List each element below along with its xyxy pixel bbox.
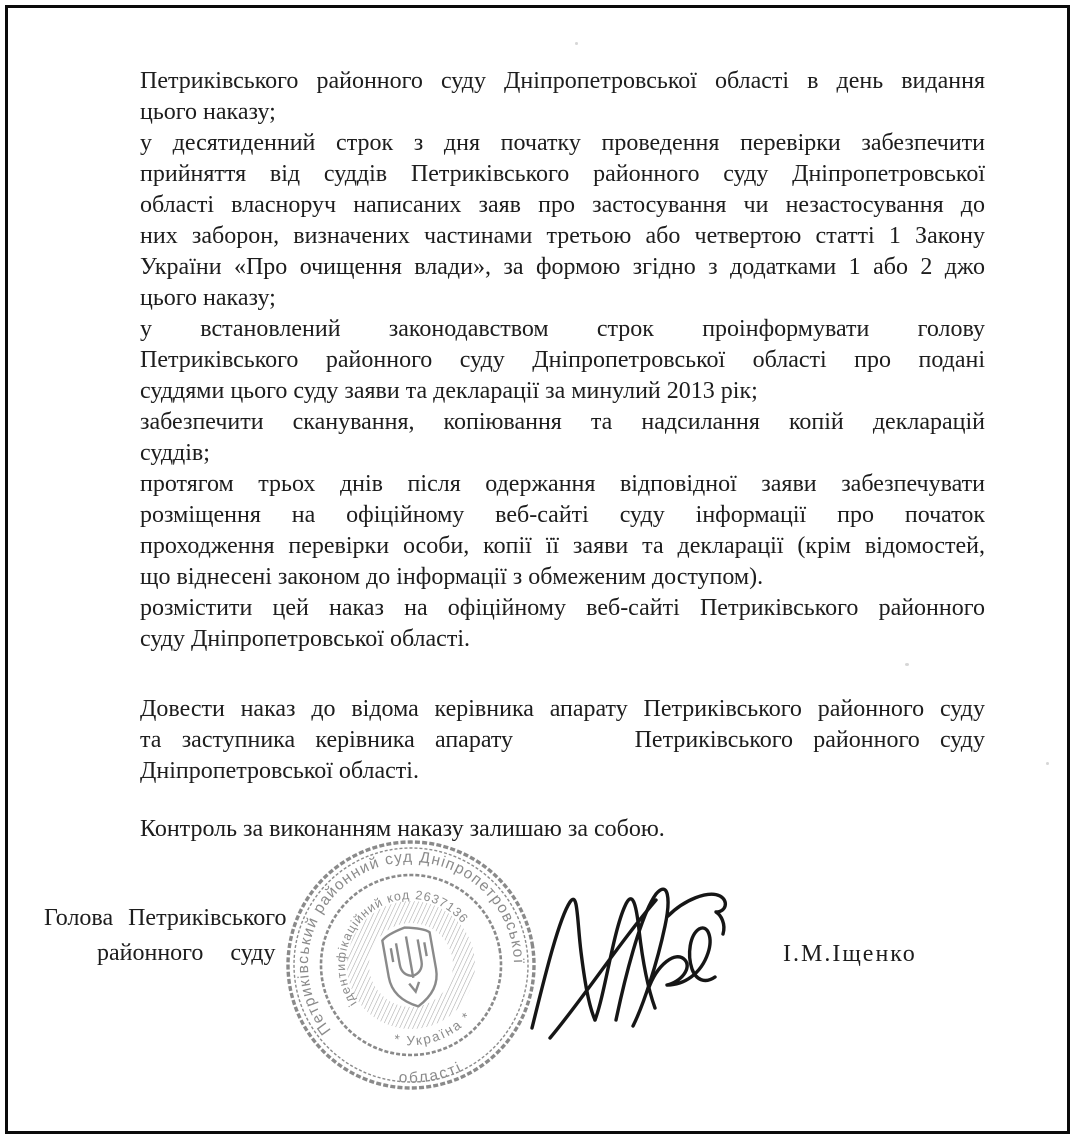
paragraph: -розмістити цей наказ на офіційному веб-… (140, 593, 985, 655)
scan-speck (905, 663, 909, 666)
document-body: Петриківського районного суду Дніпропетр… (140, 66, 985, 845)
text-line: України «Про очищення влади», за формою … (140, 252, 985, 283)
text-line: 5.Довести наказ до відома керівника апар… (140, 694, 985, 725)
text-line: суду Дніпропетровської області. (140, 624, 985, 655)
scan-speck (1046, 762, 1049, 765)
scan-speck (575, 42, 578, 45)
court-seal-stamp-icon: Петриківський районний суд Дніпропетровс… (280, 836, 542, 1094)
text-line: області власноруч написаних заяв про зас… (140, 190, 985, 221)
paragraph: 5.Довести наказ до відома керівника апар… (140, 694, 985, 787)
text-line: Петриківського районного суду Дніпропетр… (140, 66, 985, 97)
text-line: Дніпропетровської області. (140, 756, 985, 787)
paragraph: 6.Контроль за виконанням наказу залишаю … (140, 814, 985, 845)
paragraph: -забезпечити сканування, копіювання та н… (140, 407, 985, 469)
text-line: проходження перевірки особи, копії її за… (140, 531, 985, 562)
text-line: -забезпечити сканування, копіювання та н… (140, 407, 985, 438)
text-line: -у встановлений законодавством строк про… (140, 314, 985, 345)
text-line: 6.Контроль за виконанням наказу залишаю … (140, 814, 985, 845)
text-line: Петриківського районного суду Дніпропетр… (140, 345, 985, 376)
text-line: -протягом трьох днів після одержання від… (140, 469, 985, 500)
text-line: -розмістити цей наказ на офіційному веб-… (140, 593, 985, 624)
text-line: розміщення на офіційному веб-сайті суду … (140, 500, 985, 531)
paragraph: -протягом трьох днів після одержання від… (140, 469, 985, 593)
text-line: цього наказу; (140, 97, 985, 128)
signer-name: І.М.Іщенко (783, 941, 917, 968)
text-line: прийняття від суддів Петриківського райо… (140, 159, 985, 190)
text-line: суддями цього суду заяви та декларації з… (140, 376, 985, 407)
paragraph: Петриківського районного суду Дніпропетр… (140, 66, 985, 128)
text-line: суддів; (140, 438, 985, 469)
paragraph: -у встановлений законодавством строк про… (140, 314, 985, 407)
text-line: них заборон, визначених частинами третьо… (140, 221, 985, 252)
text-line: та заступника керівника апарату Петриків… (140, 725, 985, 756)
scanned-document-page: Петриківського районного суду Дніпропетр… (0, 0, 1076, 1140)
paragraph: -у десятиденний строк з дня початку пров… (140, 128, 985, 314)
text-line: цього наказу; (140, 283, 985, 314)
text-line: що віднесені законом до інформації з обм… (140, 562, 985, 593)
handwritten-signature (520, 868, 735, 1053)
text-line: -у десятиденний строк з дня початку пров… (140, 128, 985, 159)
